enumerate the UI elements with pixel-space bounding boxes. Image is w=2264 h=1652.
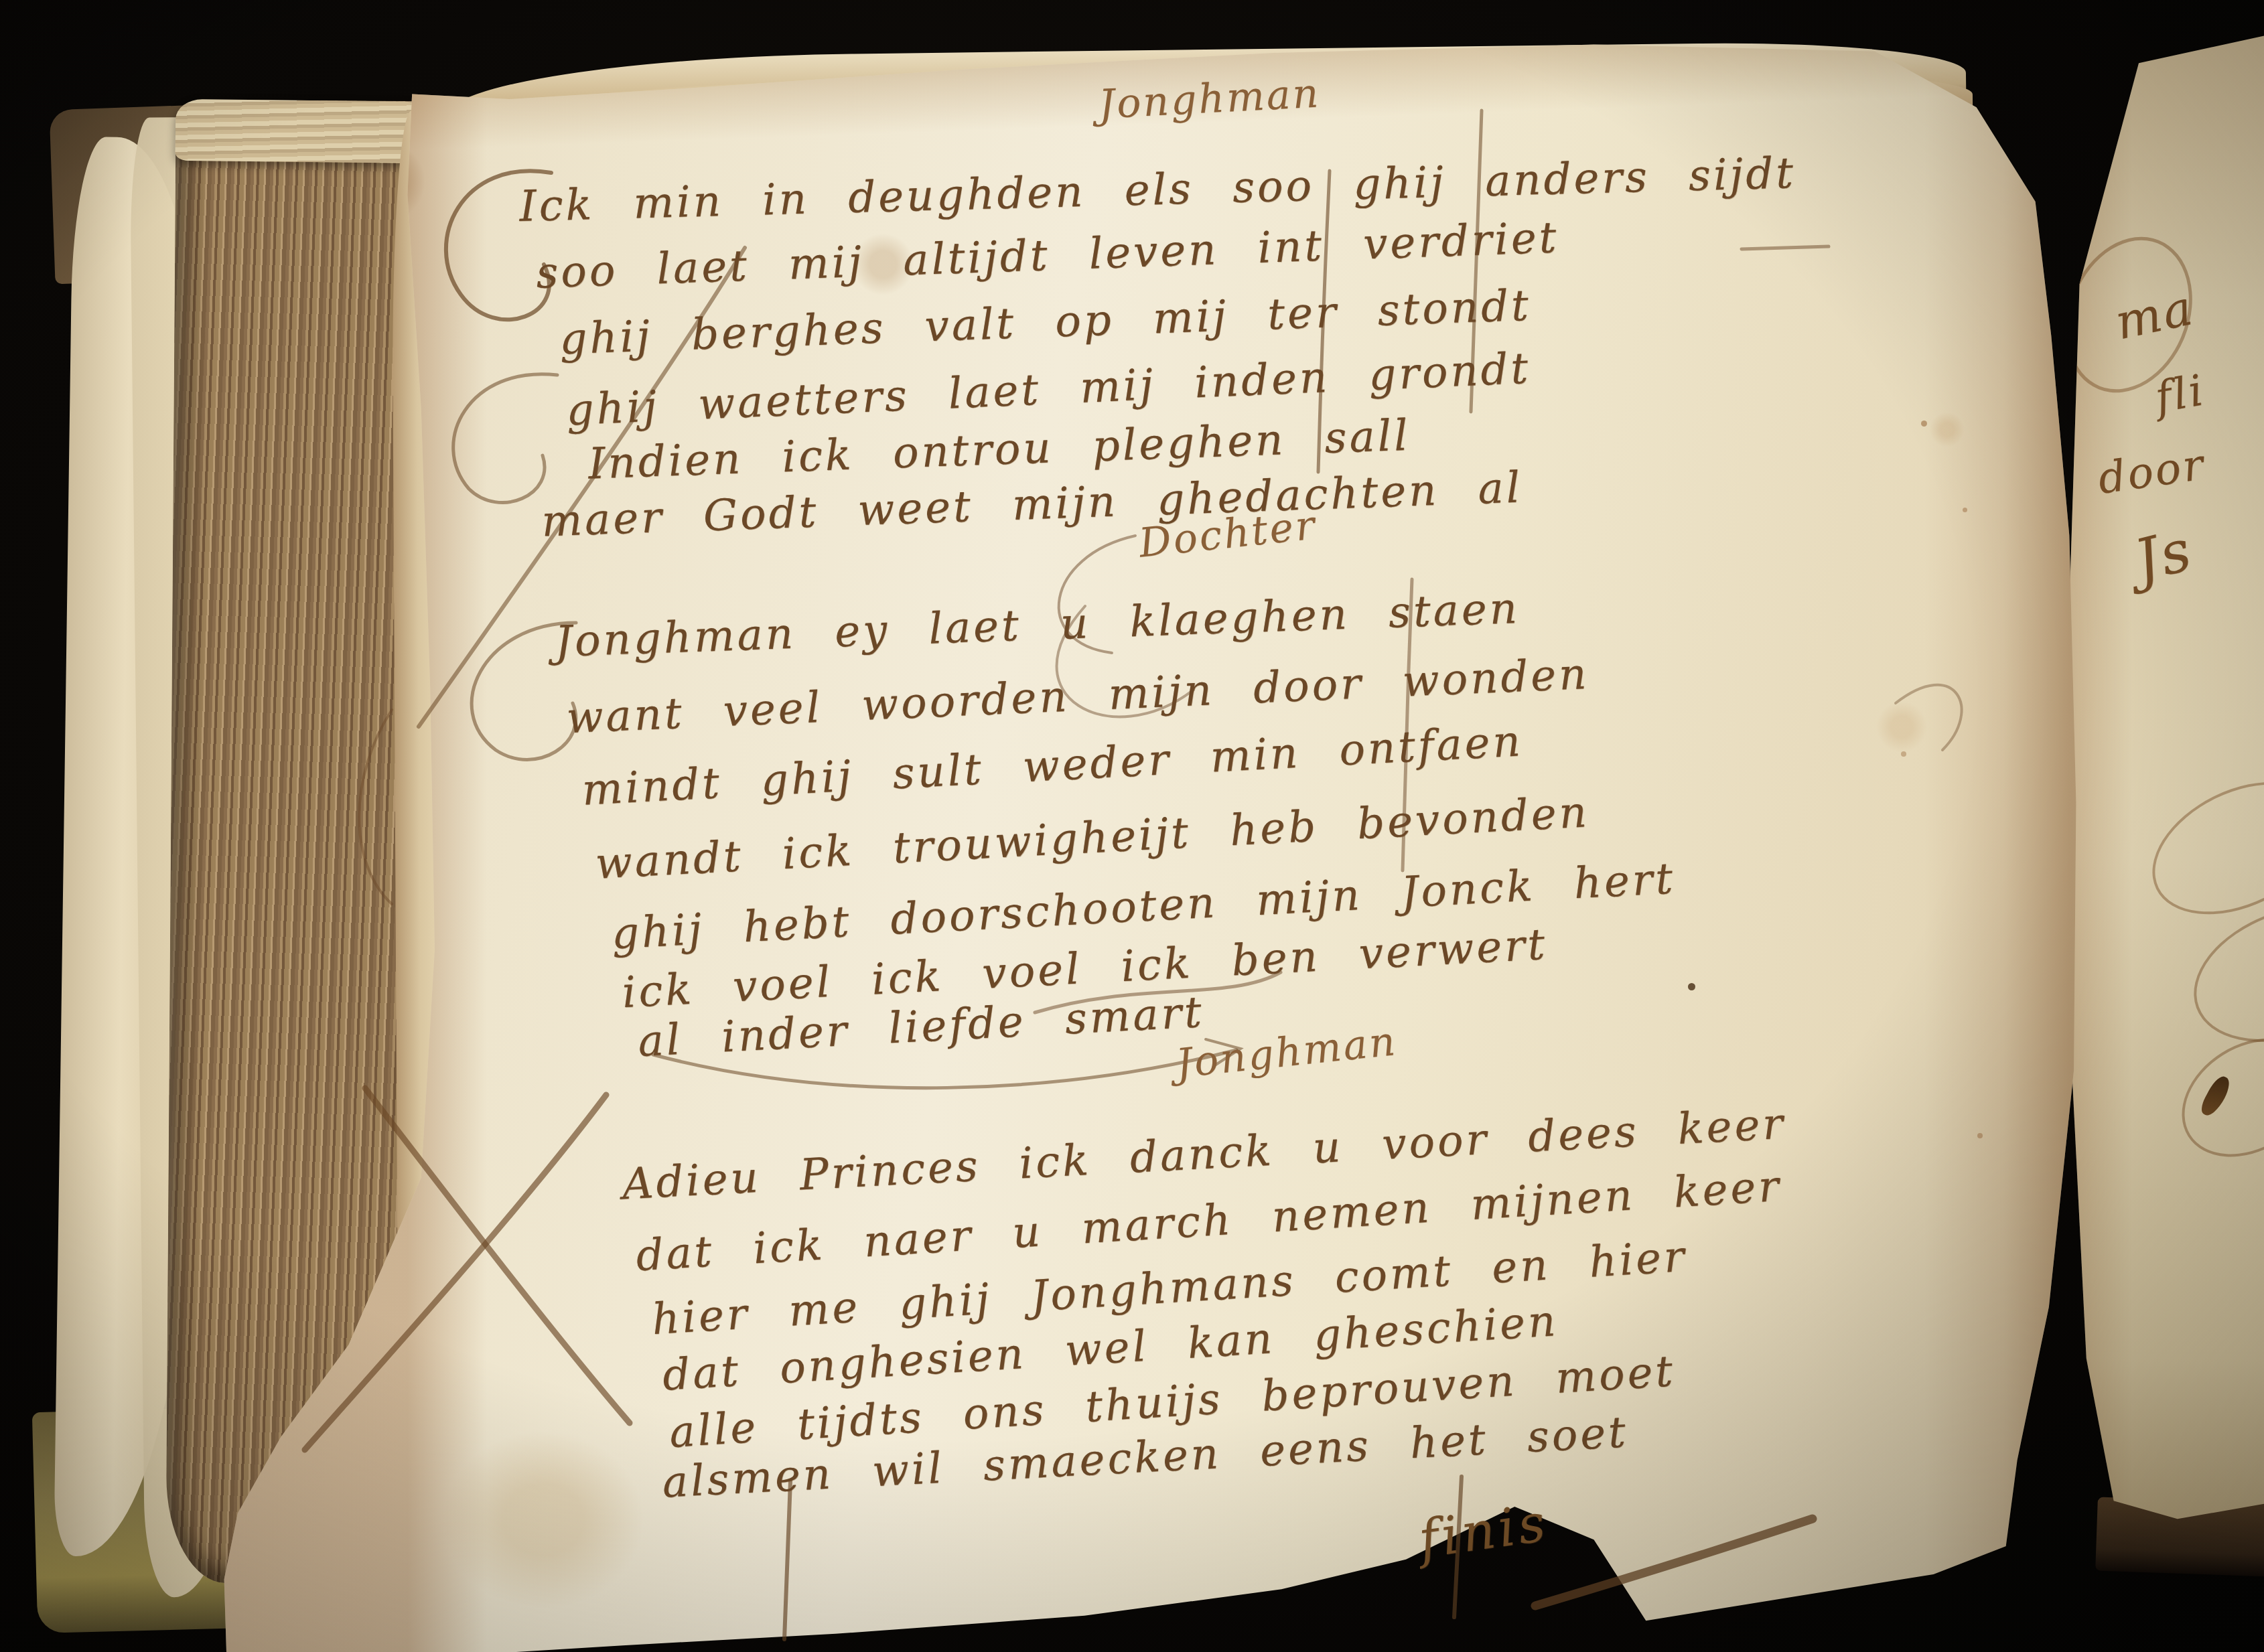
manuscript-photo: maflidoorJs: [0, 0, 2264, 1652]
section-heading: Jonghman: [1174, 1021, 1399, 1084]
section-heading: Jonghman: [1098, 73, 1322, 125]
finis-label: finis: [1415, 1493, 1553, 1570]
manuscript-line: Jonghman ey laet u klaeghen staen: [554, 587, 1520, 664]
manuscript-line: Ick min in deughden els soo ghij anders …: [518, 152, 1796, 228]
manuscript-text: JonghmanIck min in deughden els soo ghij…: [0, 0, 2264, 1652]
manuscript-line: soo laet mij altijdt leven int verdriet: [535, 216, 1559, 295]
